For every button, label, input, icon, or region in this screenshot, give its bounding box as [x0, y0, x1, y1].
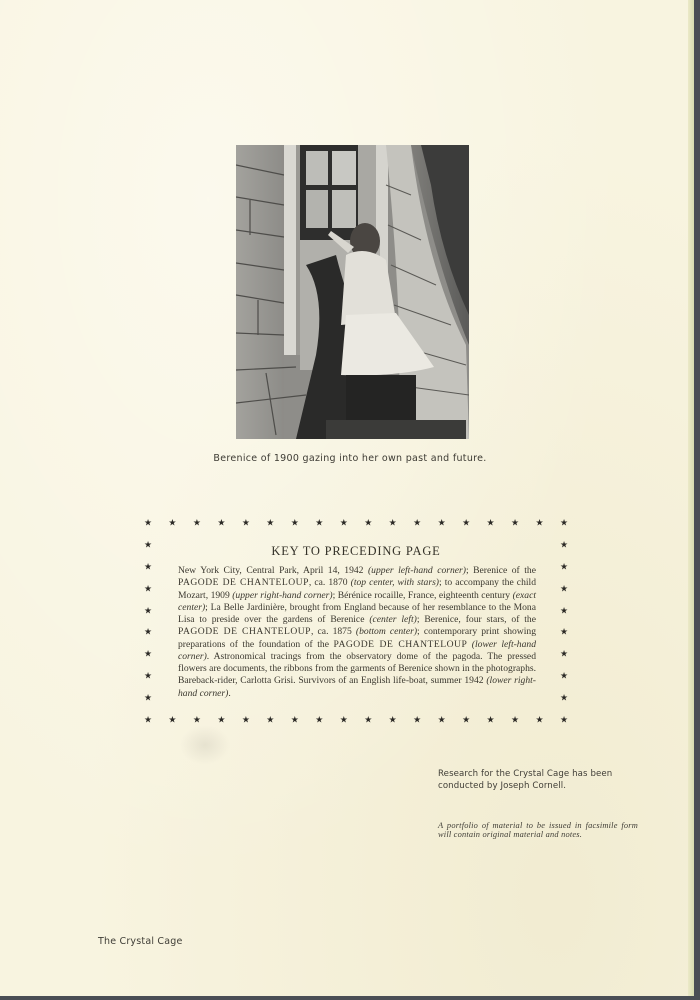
- star-icon: ★: [560, 717, 568, 726]
- key-text-segment: (bottom center): [356, 626, 417, 637]
- star-icon: ★: [535, 717, 543, 726]
- key-description: New York City, Central Park, April 14, 1…: [178, 565, 536, 700]
- star-icon: ★: [144, 629, 152, 638]
- research-credit: Research for the Crystal Cage has been c…: [438, 769, 648, 792]
- key-text-segment: ; Berenice, four stars, of the: [417, 614, 536, 625]
- star-icon: ★: [389, 717, 397, 726]
- star-icon: ★: [487, 520, 495, 529]
- page: Berenice of 1900 gazing into her own pas…: [0, 0, 694, 996]
- star-icon: ★: [535, 520, 543, 529]
- key-text-segment: (top center, with stars): [351, 577, 439, 588]
- key-text-segment: New York City, Central Park, April 14, 1…: [178, 565, 368, 576]
- star-icon: ★: [462, 717, 470, 726]
- star-icon: ★: [438, 520, 446, 529]
- photograph-berenice: [236, 145, 469, 439]
- star-icon: ★: [511, 717, 519, 726]
- key-text-segment: PAGODE DE CHANTELOUP: [178, 577, 309, 588]
- star-icon: ★: [487, 717, 495, 726]
- star-icon: ★: [413, 717, 421, 726]
- key-text-segment: . Astronomical tracings from the observa…: [178, 651, 536, 687]
- key-text-segment: ; Berenice of the: [466, 565, 536, 576]
- paper-smudge: [180, 725, 230, 765]
- star-icon: ★: [144, 585, 152, 594]
- star-icon: ★: [144, 717, 152, 726]
- star-icon: ★: [144, 563, 152, 572]
- page-edge: [688, 0, 694, 996]
- star-icon: ★: [144, 695, 152, 704]
- star-icon: ★: [560, 673, 568, 682]
- star-icon: ★: [315, 717, 323, 726]
- star-icon: ★: [242, 520, 250, 529]
- key-text-segment: .: [228, 688, 230, 699]
- star-icon: ★: [266, 520, 274, 529]
- key-text-segment: (upper left-hand corner): [368, 565, 466, 576]
- star-icon: ★: [193, 520, 201, 529]
- footer-title: The Crystal Cage: [98, 936, 183, 947]
- key-box: ★★★★★★★★★★★★★★★★★★★★★★★★★★★★★★★★★★★★★★★★…: [140, 513, 572, 728]
- star-icon: ★: [144, 520, 152, 529]
- star-icon: ★: [560, 607, 568, 616]
- key-title: KEY TO PRECEDING PAGE: [140, 544, 572, 559]
- key-text-segment: PAGODE DE CHANTELOUP: [333, 639, 467, 650]
- star-icon: ★: [560, 695, 568, 704]
- star-icon: ★: [144, 673, 152, 682]
- star-icon: ★: [144, 651, 152, 660]
- star-icon: ★: [511, 520, 519, 529]
- star-icon: ★: [389, 520, 397, 529]
- star-icon: ★: [364, 520, 372, 529]
- star-icon: ★: [560, 651, 568, 660]
- star-icon: ★: [560, 563, 568, 572]
- star-icon: ★: [462, 520, 470, 529]
- key-text-segment: (upper right-hand corner): [232, 590, 332, 601]
- star-icon: ★: [291, 717, 299, 726]
- star-icon: ★: [315, 520, 323, 529]
- key-text-segment: , ca. 1870: [309, 577, 351, 588]
- star-icon: ★: [291, 520, 299, 529]
- star-icon: ★: [340, 717, 348, 726]
- star-icon: ★: [242, 717, 250, 726]
- star-icon: ★: [168, 717, 176, 726]
- key-text-segment: , ca. 1875: [311, 626, 356, 637]
- portfolio-note: A portfolio of material to be issued in …: [438, 822, 638, 840]
- star-icon: ★: [217, 520, 225, 529]
- key-text-segment: ; Bérénice rocaille, France, eighteenth …: [333, 590, 513, 601]
- star-icon: ★: [266, 717, 274, 726]
- star-icon: ★: [364, 717, 372, 726]
- photo-caption: Berenice of 1900 gazing into her own pas…: [0, 453, 700, 464]
- star-icon: ★: [340, 520, 348, 529]
- star-icon: ★: [168, 520, 176, 529]
- key-text-segment: PAGODE DE CHANTELOUP: [178, 626, 311, 637]
- key-text-segment: (center left): [369, 614, 416, 625]
- star-icon: ★: [413, 520, 421, 529]
- star-icon: ★: [560, 585, 568, 594]
- star-icon: ★: [438, 717, 446, 726]
- star-icon: ★: [560, 520, 568, 529]
- star-icon: ★: [144, 607, 152, 616]
- star-icon: ★: [560, 629, 568, 638]
